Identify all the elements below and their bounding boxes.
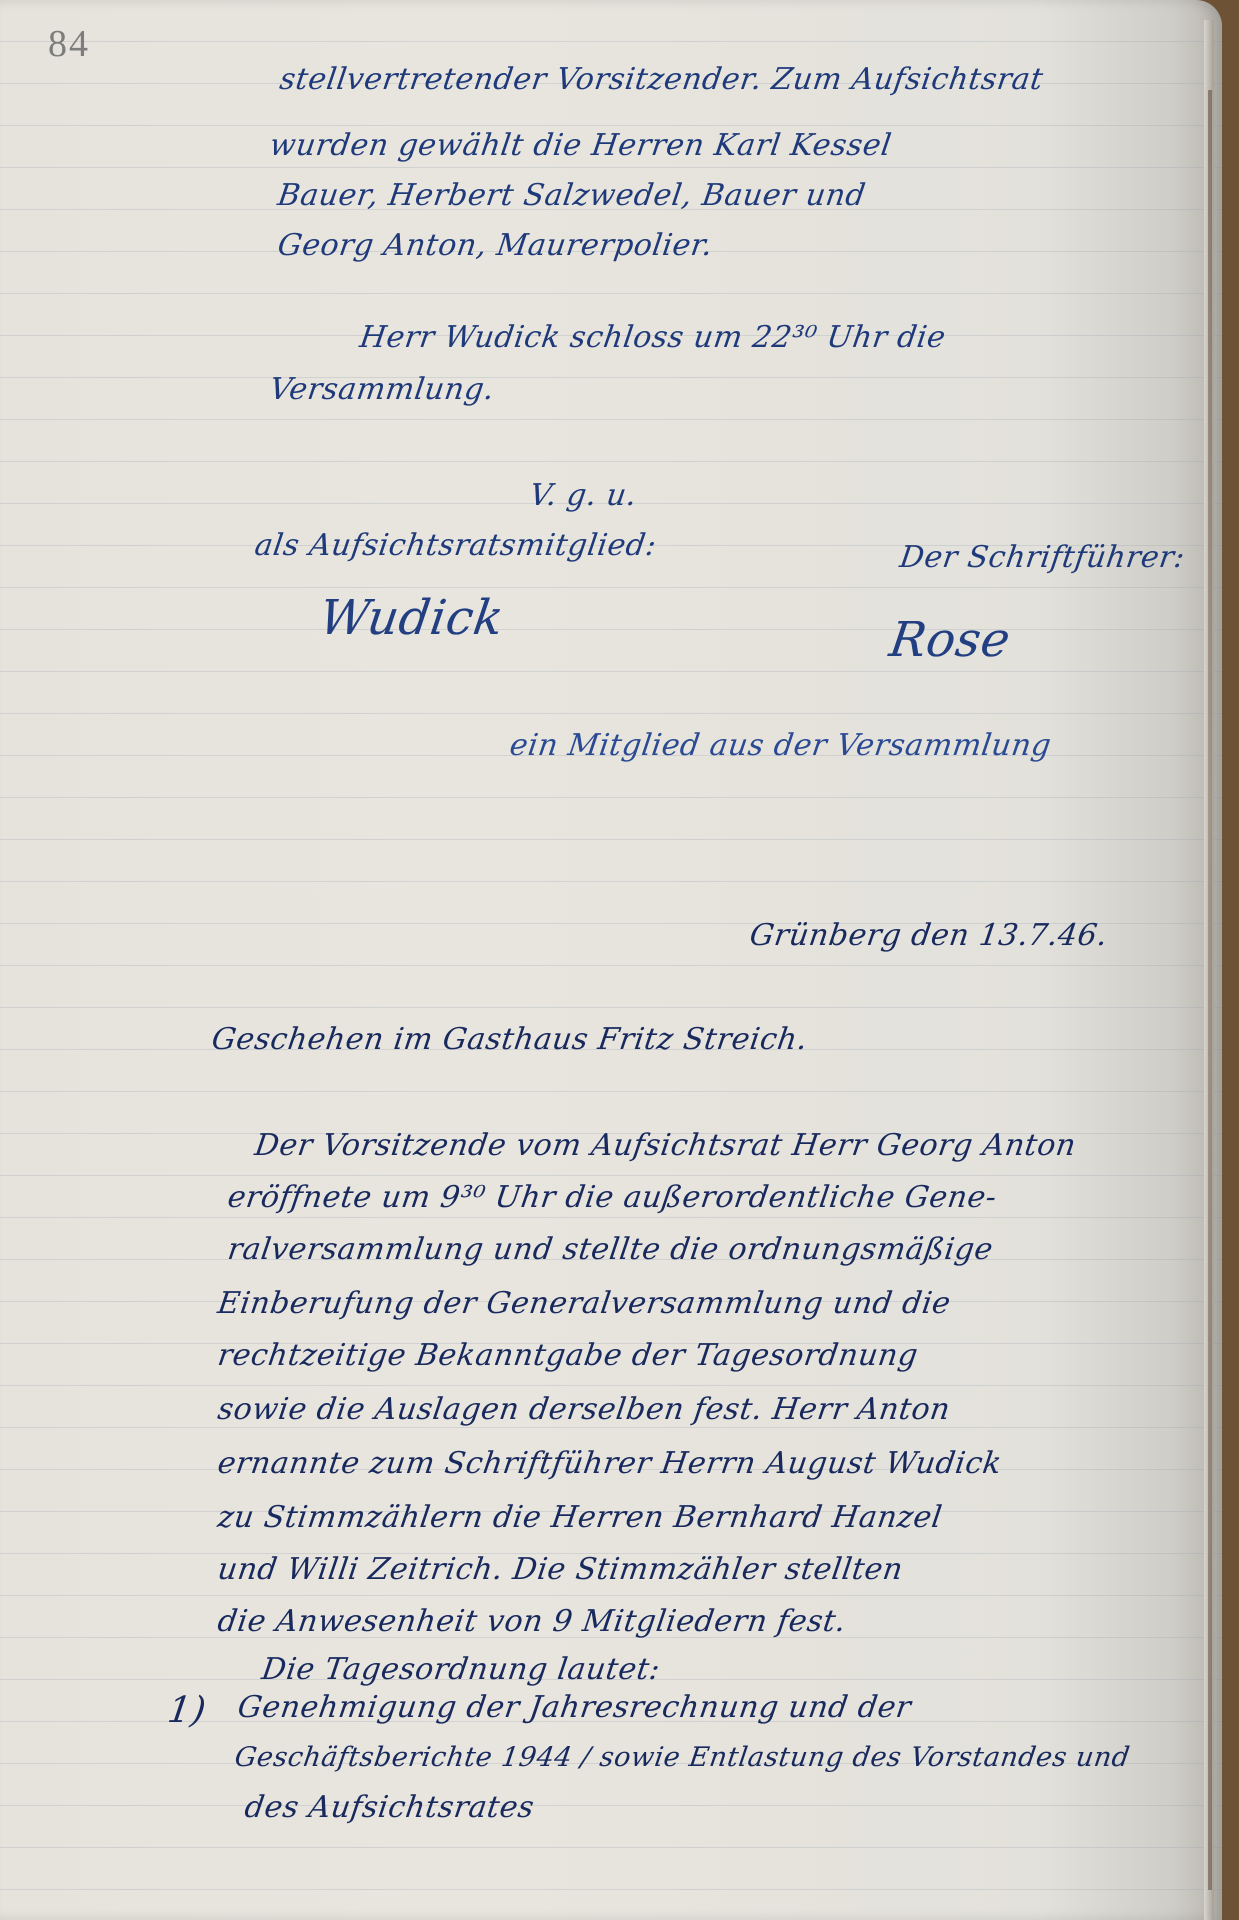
minutes-line-1: stellvertretender Vorsitzender. Zum Aufs… — [278, 62, 1046, 97]
entry-heading: Geschehen im Gasthaus Fritz Streich. — [210, 1022, 810, 1057]
paragraph-line-11: Die Tagesordnung lautet: — [260, 1652, 663, 1687]
signature-wudick: Wudick — [316, 590, 507, 646]
paragraph-line-4: Einberufung der Generalversammlung und d… — [216, 1286, 953, 1321]
paragraph-line-9: und Willi Zeitrich. Die Stimmzähler stel… — [216, 1552, 906, 1587]
paragraph-line-8: zu Stimmzählern die Herren Bernhard Hanz… — [216, 1500, 945, 1535]
paragraph-line-7: ernannte zum Schriftführer Herrn August … — [216, 1446, 1004, 1481]
minutes-line-4: Georg Anton, Maurerpolier. — [276, 228, 715, 263]
notebook-page: 84 stellvertretender Vorsitzender. Zum A… — [0, 0, 1222, 1920]
member-note: ein Mitglied aus der Versammlung — [508, 728, 1054, 763]
agenda-item-line-1: Genehmigung der Jahresrechnung und der — [236, 1690, 914, 1725]
paragraph-line-10: die Anwesenheit von 9 Mitgliedern fest. — [216, 1604, 849, 1639]
agenda-item-line-2: Geschäftsberichte 1944 / sowie Entlastun… — [233, 1742, 1132, 1773]
signature-left-label: als Aufsichtsratsmitglied: — [253, 528, 659, 563]
signature-right-label: Der Schriftführer: — [898, 540, 1188, 575]
page-number: 84 — [48, 22, 90, 66]
paragraph-line-2: eröffnete um 9³⁰ Uhr die außerordentlich… — [226, 1180, 999, 1215]
entry-date-line: Grünberg den 13.7.46. — [748, 918, 1110, 953]
vgu-mark: V. g. u. — [528, 478, 640, 513]
closing-line-2: Versammlung. — [268, 372, 497, 407]
notebook: 84 stellvertretender Vorsitzender. Zum A… — [0, 0, 1239, 1920]
paragraph-line-5: rechtzeitige Bekanntgabe der Tagesordnun… — [216, 1338, 921, 1373]
minutes-line-2: wurden gewählt die Herren Karl Kessel — [268, 128, 894, 163]
signature-rose: Rose — [886, 612, 1014, 668]
paragraph-line-1: Der Vorsitzende vom Aufsichtsrat Herr Ge… — [253, 1128, 1079, 1163]
agenda-item-number: 1) — [165, 1690, 209, 1731]
paragraph-line-6: sowie die Auslagen derselben fest. Herr … — [216, 1392, 953, 1427]
paragraph-line-3: ralversammlung und stellte die ordnungsm… — [226, 1232, 996, 1267]
closing-line-1: Herr Wudick schloss um 22³⁰ Uhr die — [358, 320, 948, 355]
agenda-item-line-3: des Aufsichtsrates — [243, 1790, 537, 1825]
minutes-line-3: Bauer, Herbert Salzwedel, Bauer und — [276, 178, 868, 213]
binding-shadow — [1208, 90, 1212, 1890]
